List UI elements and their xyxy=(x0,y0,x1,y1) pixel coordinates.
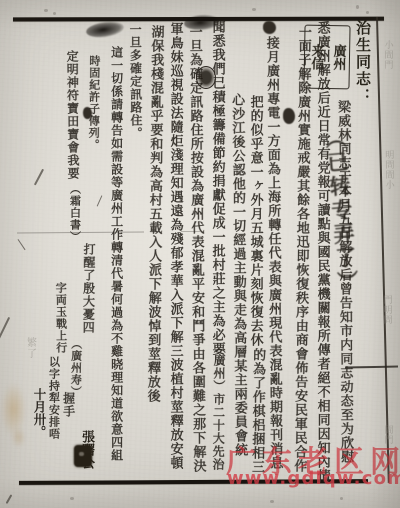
ink-blot xyxy=(283,108,295,124)
right-margin-rule xyxy=(376,17,390,483)
origin-box-text: 廣州 xyxy=(331,44,344,70)
handwriting-column: 心沙江後公認他的一切經過主動與走為高層某主兩委員會統 xyxy=(229,93,246,457)
paper-speck xyxy=(270,500,274,503)
handwriting-column: 明問間小 xyxy=(383,150,393,190)
paper-speck xyxy=(70,497,74,500)
ink-stamp-blob xyxy=(74,445,92,467)
ink-smudge xyxy=(85,19,125,39)
date-column: 十月卅。 xyxy=(30,388,48,438)
handwriting-column: （霜白書） xyxy=(69,183,81,243)
pencil-slash xyxy=(0,317,10,339)
handwriting-column: 字両玉戰上行 xyxy=(55,282,67,354)
circled-character-mark xyxy=(196,66,216,89)
salutation: 治生同志： xyxy=(353,20,374,105)
handwriting-column: 一旦多確定訊路住。 xyxy=(128,23,142,140)
handwriting-column: 握手 xyxy=(62,392,75,418)
handwriting-column: 的為了作棋梠捆相三 xyxy=(249,348,264,474)
handwriting-column: 軍鳥妹巡視設法隨炬淺理知遇遠為殘郁孝華入派下解三波植村莖釋放安頓 xyxy=(168,22,182,470)
pencil-slash xyxy=(97,195,103,207)
handwriting-column: 小間門 xyxy=(382,40,392,70)
handwriting-column: （廣州寿） xyxy=(70,338,82,398)
paper-speck xyxy=(252,8,256,11)
handwriting-column: 湖保我棧混亂乎要和判為高村五載入人派下解波悼到莖釋放後 xyxy=(145,25,163,403)
paper-speck xyxy=(356,5,359,9)
paper-speck xyxy=(44,9,48,12)
handwriting-column: 間門 xyxy=(382,425,392,445)
handwriting-column: 定明神符寶田寶會我要 xyxy=(65,50,79,180)
handwriting-column: 把的似乎意一ヶ外月五城裏片刻恢復去休 xyxy=(248,95,262,347)
handwriting-column: 一旦為確定訊路住所按設為廣州代表混亂平安和鬥爭由各圍難之那下解決 xyxy=(187,25,205,473)
handwriting-column: 繁了 xyxy=(24,337,35,359)
paper-speck xyxy=(366,11,369,14)
pencil-slash xyxy=(17,239,25,251)
handwriting-column: 門明問 xyxy=(381,295,390,325)
handwriting-column: 打醒了殷大憂四 xyxy=(82,243,96,334)
paper-stain xyxy=(11,427,26,448)
handwriting-column: （廣州）市二十大先治 xyxy=(211,341,225,471)
handwriting-column: 時固紀許子傳列。 xyxy=(87,55,100,151)
handwriting-column: 這一切係請轉告如需設等廣州工作轉清代暑何過為不雞晓理知道欲意四組 xyxy=(110,46,123,462)
pencil-slash xyxy=(34,169,44,186)
pencil-slash xyxy=(6,494,12,503)
handwriting-column: 一面子解除廣州實施戒嚴其餘各地迅即恢復秩序由商會佈告安民軍民合作 xyxy=(292,25,310,473)
handwriting-column: 悉廣州解放后近日常有党報可讀點與國民黨機關報所傳者絕不相同因知內情 xyxy=(315,21,329,483)
handwriting-column: 以字持犁安排唔 xyxy=(48,356,60,440)
ink-blot xyxy=(263,21,276,34)
right-margin-tick xyxy=(345,366,398,369)
handwriting-column: 接月廣州專電一方面為上海所轉任代表與廣州現代表混亂時期報刊消息 xyxy=(264,36,281,470)
paper-speck xyxy=(53,12,56,15)
paper-speck xyxy=(340,497,343,500)
scanned-letter-page: 治生同志： 廣州 来信 （已转专弄了） 梁威林同志于本月五日解放后曾告知市内同志… xyxy=(0,0,400,508)
ink-blot xyxy=(83,107,92,119)
